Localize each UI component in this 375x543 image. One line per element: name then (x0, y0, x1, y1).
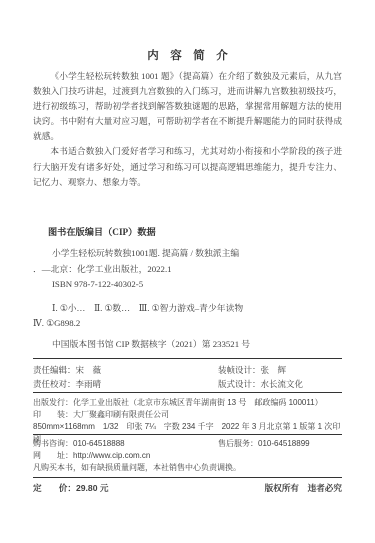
divider-below-publishing (33, 434, 342, 435)
summary-paragraph-1: 《小学生轻松玩转数独 1001 题》（提高篇）在介绍了数独及元素后，从九宫数独入… (33, 69, 342, 144)
price-line: 定 价：29.80 元 (33, 482, 108, 494)
layout-designer: 版式设计：水长流文化 (218, 378, 303, 392)
content-summary-title: 内 容 简 介 (0, 47, 375, 63)
copyright-notice: 版权所有 违者必究 (265, 482, 342, 494)
cip-classification-line2: Ⅳ. ①G898.2 (33, 316, 342, 332)
staff-credits: 责任编辑：宋 薇 装帧设计：张 辉 责任校对：李雨晴 版式设计：水长流文化 (33, 364, 342, 391)
cip-record-number: 中国版本图书馆 CIP 数据核字（2021）第 233521 号 (33, 337, 342, 353)
cip-data-block: 小学生轻松玩转数独1001题. 提高篇 / 数独派主编 ．—北京：化学工业出版社… (33, 246, 342, 352)
price-copyright-row: 定 价：29.80 元 版权所有 违者必究 (33, 482, 342, 494)
divider-above-price (33, 477, 342, 478)
content-summary: 《小学生轻松玩转数独 1001 题》（提高篇）在介绍了数独及元素后，从九宫数独入… (33, 69, 342, 190)
divider-below-staff (33, 392, 342, 393)
binding-designer: 装帧设计：张 辉 (218, 364, 286, 378)
publisher-line: 出版发行：化学工业出版社（北京市东城区青年湖南街 13 号 邮政编码 10001… (33, 397, 342, 409)
cip-isbn: ISBN 978-7-122-40302-5 (33, 277, 342, 293)
cip-classification-line1: Ⅰ. ①小… Ⅱ. ①数… Ⅲ. ①智力游戏–青少年读物 (33, 301, 342, 317)
cip-heading: 图书在版编目（CIP）数据 (48, 224, 156, 238)
contact-info: 购书咨询：010-64518888 售后服务：010-64518899 网 址：… (33, 438, 342, 474)
website-line: 网 址：http://www.cip.com.cn (33, 450, 342, 462)
divider-top-of-staff (33, 358, 342, 359)
cip-publisher-line: ．—北京：化学工业出版社，2022.1 (33, 262, 342, 278)
responsible-editor: 责任编辑：宋 薇 (33, 365, 101, 375)
exchange-notice: 凡购买本书，如有缺损质量问题，本社销售中心负责调换。 (33, 462, 342, 474)
cip-copyright-page: 内 容 简 介 《小学生轻松玩转数独 1001 题》（提高篇）在介绍了数独及元素… (0, 0, 375, 543)
printer-line: 印 装：大厂聚鑫印刷有限责任公司 (33, 409, 342, 421)
summary-paragraph-2: 本书适合数独入门爱好者学习和练习，尤其对幼小衔接和小学阶段的孩子进行大脑开发有诸… (33, 144, 342, 189)
purchase-hotline: 购书咨询：010-64518888 (33, 439, 125, 448)
cip-title-line: 小学生轻松玩转数独1001题. 提高篇 / 数独派主编 (33, 246, 342, 262)
responsible-proofreader: 责任校对：李雨晴 (33, 379, 101, 389)
service-hotline: 售后服务：010-64518899 (218, 438, 310, 450)
